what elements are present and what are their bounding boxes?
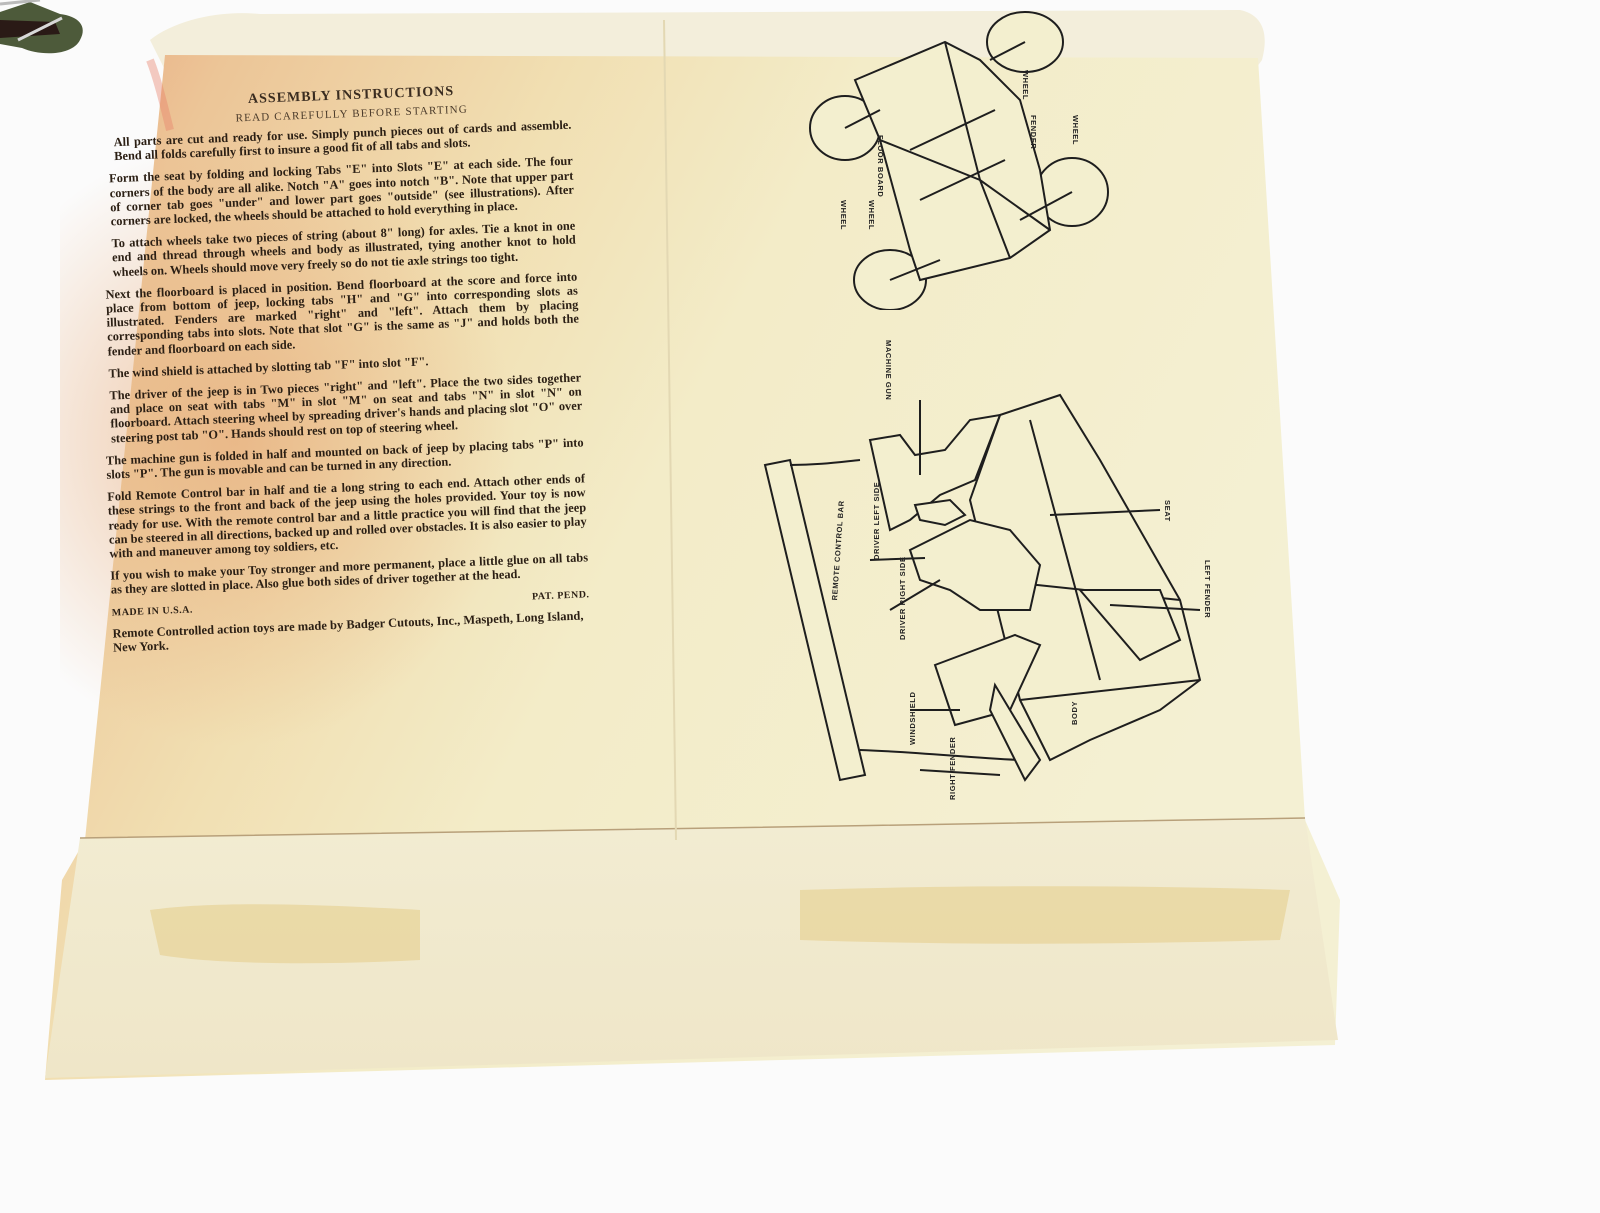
paragraph-driver: The driver of the jeep is in Two pieces … [109, 370, 583, 445]
diagram-label-floor-board: FLOOR BOARD [876, 135, 885, 197]
diagram-label-driver-left-side: DRIVER LEFT SIDE [872, 482, 881, 560]
paragraph-floorboard: Next the floorboard is placed in positio… [105, 269, 579, 358]
jeep-assembly-diagram [740, 380, 1220, 800]
patent-label: PAT. PEND. [532, 589, 590, 602]
made-in-label: MADE IN U.S.A. [112, 604, 194, 618]
diagram-label-windshield: WINDSHIELD [908, 692, 917, 746]
chassis-wheels-diagram [780, 0, 1110, 310]
paragraph-remote-control: Fold Remote Control bar in half and tie … [107, 472, 587, 561]
diagram-label-wheel-4: WHEEL [1071, 115, 1080, 145]
assembly-instructions: ASSEMBLY INSTRUCTIONS READ CAREFULLY BEF… [92, 80, 591, 655]
diagram-label-wheel-3: WHEEL [1021, 70, 1030, 100]
diagram-label-seat: SEAT [1163, 500, 1172, 522]
diagram-label-body: BODY [1070, 701, 1079, 725]
diagram-label-fender: FENDER [1029, 115, 1038, 149]
diagram-label-right-fender: RIGHT FENDER [948, 737, 957, 800]
diagram-label-left-fender: LEFT FENDER [1203, 560, 1212, 618]
diagram-label-wheel-1: WHEEL [839, 200, 848, 230]
diagram-label-wheel-2: WHEEL [867, 200, 876, 230]
diagram-label-machine-gun: MACHINE GUN [884, 340, 893, 400]
diagram-label-driver-right-side: DRIVER RIGHT SIDE [898, 556, 907, 640]
paragraph-wheels: To attach wheels take two pieces of stri… [111, 219, 576, 279]
paragraph-seat: Form the seat by folding and locking Tab… [109, 154, 575, 229]
